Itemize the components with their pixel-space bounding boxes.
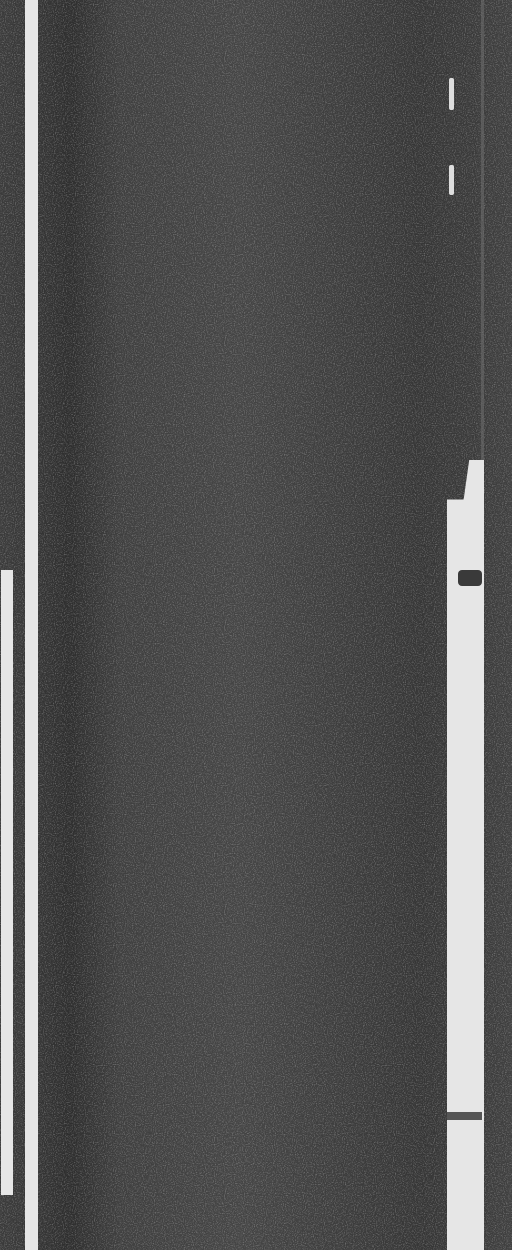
right-dashed-line-segment [449,78,454,110]
asphalt-texture [0,0,512,1250]
worn-patch [458,570,482,586]
right-dashed-line-segment [449,165,454,195]
worn-patch [447,1112,482,1120]
left-solid-lane-line [25,0,38,1250]
road-edge-seam [481,0,484,460]
far-left-lane-line-segment [1,570,13,1195]
